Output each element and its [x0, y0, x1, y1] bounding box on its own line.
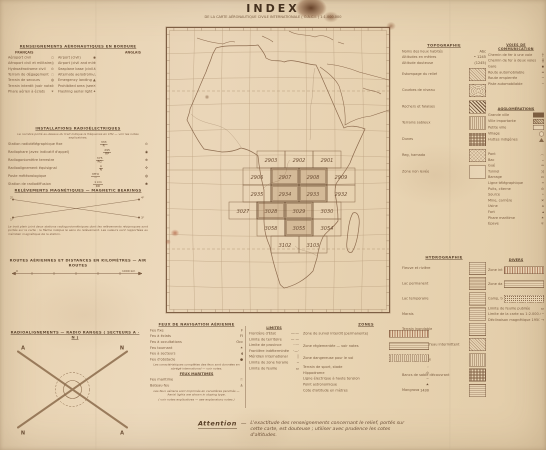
sheet-number: 3055 — [293, 226, 306, 232]
legend-radio-ranges: RADIOALIGNEMENTS — RADIO RANGES ( SECTEU… — [10, 330, 140, 444]
africa-index-map: 2903290229012906290729082909293529342933… — [166, 27, 390, 313]
legend-row: Ligne électrique à haute tension~ — [303, 377, 429, 382]
pattern-swatch — [469, 262, 486, 275]
legend-rows: Terrain de sport, stade◦Hippodrome⊙Ligne… — [303, 365, 429, 393]
legend-row: Pont︵ — [488, 152, 544, 157]
legend-title: DIVERS — [488, 258, 544, 263]
legend-rows: Limite de feuille publiée▭Limite de la c… — [488, 306, 544, 322]
svg-text:N: N — [120, 345, 124, 351]
legend-row: Gare▪ — [488, 65, 544, 70]
pattern-swatch — [469, 100, 486, 113]
legend-row: Feu d'obstacle● — [150, 357, 243, 362]
pattern-swatch — [469, 323, 486, 336]
scanned-icao-index-sheet: INDEX DE LA CARTE AÉRONAUTIQUE CIVILE IN… — [0, 0, 546, 450]
legend-row: Reg, hamada — [402, 148, 486, 163]
legend-title: ZONES — [303, 322, 429, 327]
legend-row: Méridien international│ — [249, 355, 299, 360]
legend-row: Frontière d'État—·— — [249, 332, 299, 337]
legend-row: Limite de feuille publiée▭ — [488, 306, 544, 311]
legend-row: Camp, terrain militaire — [488, 292, 544, 305]
legend-row: Mine, carrière✕ — [488, 198, 544, 203]
legend-row: Ville importante — [488, 119, 544, 124]
svg-text:2°: 2° — [10, 195, 14, 199]
svg-text:4°: 4° — [141, 195, 145, 199]
legend-row: Poste météorologiqueMTO—◍ — [8, 173, 148, 180]
legend-row: Dunes — [402, 132, 486, 147]
legend-rows: Station radiotélégraphique fixe333R⊙Radi… — [8, 141, 148, 188]
legend-row: Radiophare (avec indicatif d'appel)295RP… — [8, 149, 148, 156]
legend-row: Route empierrée─ — [488, 76, 544, 81]
legend-title: INSTALLATIONS RADIOÉLECTRIQUES — [8, 126, 148, 131]
pattern-swatch — [469, 165, 486, 178]
svg-text:3°: 3° — [141, 215, 145, 219]
legend-row: Chemin de fer à deux voies╫ — [488, 59, 544, 64]
attention-dash: — — [241, 420, 247, 427]
legend-row: Bac⌣ — [488, 158, 544, 163]
legend-row: Lac permanent — [402, 277, 486, 291]
sheet-number: 2901 — [321, 158, 334, 164]
legend-rows: Aéroport civil○Airport (civil)◉Aéroport … — [8, 56, 148, 94]
legend-row: Chemin de fer à une voie┼ — [488, 53, 544, 58]
sheet-number: 3028 — [265, 209, 278, 215]
legend-row: Petite ville — [488, 125, 544, 130]
svg-text:1000 km: 1000 km — [122, 269, 135, 273]
pattern-swatch — [469, 338, 486, 351]
legend-row: Gué≈ — [488, 164, 544, 169]
legend-row: Radiogoniomètre terrestre375RG⊕ — [8, 157, 148, 164]
legend-row: Altitudes en mètres• 1245 — [402, 55, 486, 60]
page-title: INDEX — [0, 2, 546, 15]
page-subtitle: DE LA CARTE AÉRONAUTIQUE CIVILE INTERNAT… — [123, 15, 423, 23]
legend-note: Les caractéristiques complètes des feux … — [150, 363, 243, 371]
svg-text:A: A — [21, 345, 25, 351]
legend-row: Barrage▭ — [488, 175, 544, 180]
legend-row: Feu à occultationsOcc — [150, 340, 243, 345]
sheet-number: 2906 — [251, 175, 264, 181]
pattern-swatch — [469, 133, 486, 146]
sheet-number: 2907 — [279, 175, 293, 181]
legend-row: Radioalignement équisignalAN✣ — [8, 165, 148, 172]
legend-row: Limite de la carte au 1:2.000.000┄ — [488, 312, 544, 317]
sheet-number: 3058 — [265, 226, 278, 232]
legend-row: Grande ville — [488, 113, 544, 118]
sheet-number: 2935 — [251, 192, 264, 198]
air-route-diagram: 01000 km — [8, 269, 148, 279]
legend-row: Feu maritime☆ — [150, 378, 243, 383]
legend-row: Terrain de sport, stade◦ — [303, 365, 429, 370]
legend-row: Marais — [402, 307, 486, 321]
legend-row: Estompage du relief — [402, 67, 486, 82]
legend-row: Limite de territoire— — — [249, 337, 299, 342]
legend-row: Terrain interdit (voir notes)⊘Prohibited… — [8, 84, 148, 89]
svg-text:1°: 1° — [10, 217, 14, 221]
legend-rows: Chemin de fer à une voie┼Chemin de fer à… — [488, 53, 544, 87]
sheet-number: 2903 — [265, 158, 278, 164]
pattern-swatch — [504, 281, 544, 289]
legend-row: Huttes indigènes — [488, 138, 544, 143]
pattern-swatch — [504, 266, 544, 274]
legend-rows: Grande villeVille importantePetite ville… — [488, 113, 544, 143]
legend-row: Noms des lieux habitésAbc — [402, 49, 486, 54]
legend-rows: Noms des lieux habitésAbcAltitudes en mè… — [402, 49, 486, 65]
legend-air-routes: ROUTES AÉRIENNES ET DISTANCES EN KILOMÈT… — [8, 258, 148, 282]
legend-rows: Pont︵Bac⌣Gué≈Tunnel)(Barrage▭Ligne télég… — [488, 152, 544, 226]
legend-row: Terrain de secours◍Emergency landing gro… — [8, 78, 148, 83]
legend-row: Limite de province····· — [249, 343, 299, 348]
legend-row: Lac temporaire — [402, 292, 486, 306]
legend-row: Cote d'altitude en mètres· 1430 — [303, 388, 429, 393]
sheet-number: 3103 — [307, 243, 320, 249]
legend-row: Route automobilable═ — [488, 70, 544, 75]
svg-text:N: N — [21, 430, 25, 436]
legend-row: Ligne télégraphique┅ — [488, 181, 544, 186]
pattern-swatch — [469, 84, 486, 97]
legend-row: Village — [488, 131, 544, 136]
pattern-swatch — [469, 277, 486, 290]
legend-row: Zone de survol interdit (permanente) — [303, 328, 429, 339]
legend-row: Aéroport civil○Airport (civil)◉ — [8, 56, 148, 61]
pattern-swatch — [469, 117, 486, 130]
legend-air-lights: FEUX DE NAVIGATION AÉRIENNE Feu fixeFFeu… — [150, 322, 243, 422]
legend-note: Le nombre porté au-dessus du trait indiq… — [8, 132, 148, 140]
sheet-number: 3102 — [279, 243, 292, 249]
pattern-swatch — [533, 113, 544, 118]
legend-limits: LIMITES Frontière d'État—·—Limite de ter… — [249, 326, 299, 406]
pattern-swatch — [469, 149, 486, 162]
pattern-swatch — [389, 330, 429, 338]
sheet-number: 2933 — [307, 192, 320, 198]
legend-row: Station radiotélégraphique fixe333R⊙ — [8, 141, 148, 148]
legend-title: AGGLOMÉRATIONS — [488, 107, 544, 112]
legend-row: Station de radiodiffusion1 kmRD✱ — [8, 181, 148, 188]
legend-row: Hydroaérodrome civil⊙Seaplane base (civi… — [8, 67, 148, 72]
legend-column-headers: FRANÇAISANGLAIS — [8, 50, 148, 54]
legend-row: Hippodrome⊙ — [303, 371, 429, 376]
legend-title: RELÈVEMENTS MAGNÉTIQUES — MAGNETIC BEARI… — [8, 188, 148, 193]
legend-title: FEUX DE NAVIGATION AÉRIENNE — [150, 322, 243, 327]
pattern-swatch — [469, 308, 486, 321]
legend-zones: ZONES Zone de survol interdit (permanent… — [303, 322, 429, 418]
legend-title: VOIES DE COMMUNICATION — [488, 43, 544, 51]
legend-paragraph: Le trait plein joint deux stations radio… — [8, 225, 148, 236]
legend-subtitle: FEUX MARITIMES — [150, 372, 243, 377]
legend-communications: VOIES DE COMMUNICATION Chemin de fer à u… — [488, 43, 544, 103]
legend-magnetic-bearings: RELÈVEMENTS MAGNÉTIQUES — MAGNETIC BEARI… — [8, 188, 148, 248]
legend-swatch-rows: Estompage du reliefCourbes de niveauRoch… — [402, 67, 486, 180]
legend-row: Altitude douteuse(1245) — [402, 61, 486, 66]
legend-row: Rochers et falaises — [402, 99, 486, 114]
legend-row: Bateau-feu⚓ — [150, 384, 243, 389]
legend-footnote: ( voir notes explicatives — see explanat… — [150, 398, 243, 402]
pattern-swatch — [533, 125, 544, 130]
pattern-swatch — [469, 369, 486, 382]
sheet-number: 3054 — [321, 226, 334, 232]
attention-note: Attention — L'exactitude des renseigneme… — [198, 420, 430, 448]
sheet-number: 3030 — [321, 209, 334, 215]
attention-label: Attention — [198, 420, 237, 429]
legend-row: Terrains sableux — [402, 116, 486, 131]
pattern-swatch — [389, 355, 429, 363]
legend-rows: Frontière d'État—·—Limite de territoire—… — [249, 332, 299, 371]
legend-footnote: Les feux aériens sont imprimés en caract… — [150, 389, 243, 397]
sheet-number: 2932 — [335, 192, 348, 198]
radio-range-diagram: ANNA — [10, 341, 140, 438]
sheet-number: 2909 — [335, 175, 348, 181]
legend-row: Courbes de niveau — [402, 83, 486, 98]
sheet-number: 2934 — [279, 192, 292, 198]
legend-row: Point astronomique★ — [303, 383, 429, 388]
legend-topography: TOPOGRAPHIE Noms des lieux habitésAbcAlt… — [402, 43, 486, 253]
legend-swatch-rows: Zone interditeZone dangereuseCamp, terra… — [488, 264, 544, 306]
legend-row: Fort▴ — [488, 210, 544, 215]
pattern-swatch — [469, 384, 486, 397]
pattern-swatch — [469, 353, 486, 366]
legend-row: Zone dangereuse — [488, 278, 544, 291]
map-svg: 2903290229012906290729082909293529342933… — [167, 28, 389, 312]
legend-rows: Feu maritime☆Bateau-feu⚓ — [150, 378, 243, 388]
pattern-swatch — [389, 342, 429, 350]
legend-row: Tunnel)( — [488, 169, 544, 174]
legend-row: Phare maritime✶ — [488, 216, 544, 221]
legend-title: RENSEIGNEMENTS AÉRONAUTIQUES EN BORDURE — [8, 44, 148, 49]
pattern-swatch — [539, 138, 544, 142]
legend-row: Feu fixeF — [150, 328, 243, 333]
sheet-number: 2902 — [293, 158, 306, 164]
legend-row: Zone non levée — [402, 164, 486, 179]
legend-row: Puits, citerne⊙ — [488, 187, 544, 192]
pattern-swatch — [469, 68, 486, 81]
legend-row: Feu tournant✶ — [150, 346, 243, 351]
svg-text:0: 0 — [16, 269, 18, 273]
legend-towns: AGGLOMÉRATIONS Grande villeVille importa… — [488, 104, 544, 150]
legend-row: Fleuve et rivière — [402, 261, 486, 275]
legend-row: Épave＊ — [488, 222, 544, 227]
legend-title: HYDROGRAPHIE — [402, 255, 486, 260]
legend-row: Zone interdite — [488, 264, 544, 277]
pattern-swatch — [504, 295, 544, 303]
legend-row: Zone réglementée — voir notes — [303, 341, 429, 352]
legend-miscellaneous-right: DIVERS Zone interditeZone dangereuseCamp… — [488, 255, 544, 405]
legend-row: Phare aérien à éclats✶Flashing aerial li… — [8, 89, 148, 94]
legend-symbols: Pont︵Bac⌣Gué≈Tunnel)(Barrage▭Ligne télég… — [488, 152, 544, 238]
legend-row: Terrain de dégagement◌Alternate aerodrom… — [8, 73, 148, 78]
svg-text:A: A — [120, 430, 124, 436]
legend-radio-installations: INSTALLATIONS RADIOÉLECTRIQUES Le nombre… — [8, 126, 148, 188]
magnetic-bearings-diagram: 2°3°1°4° — [8, 194, 148, 224]
pattern-swatch — [539, 131, 544, 136]
legend-swatch-rows: Zone de survol interdit (permanente)Zone… — [303, 328, 429, 364]
legend-row: Feu à éclatsFI — [150, 334, 243, 339]
legend-row: Zone dangereuse pour le vol — [303, 353, 429, 364]
legend-row: Feu à secteurs◖ — [150, 352, 243, 357]
legend-rows: Feu fixeFFeu à éclatsFIFeu à occultation… — [150, 328, 243, 362]
legend-row: Frontière indéterminée·—· — [249, 349, 299, 354]
legend-title: LIMITES — [249, 326, 299, 331]
sheet-number: 2908 — [307, 175, 320, 181]
legend-row: Limite de zone horaire┄ — [249, 361, 299, 366]
legend-row: Piste automobilable┄ — [488, 82, 544, 87]
legend-row: Limite de feuille▭ — [249, 366, 299, 371]
sheet-number: 3027 — [237, 209, 251, 215]
legend-title: TOPOGRAPHIE — [402, 43, 486, 48]
column-divider — [245, 326, 246, 408]
sheet-number: 3029 — [293, 209, 306, 215]
legend-title: RADIOALIGNEMENTS — RADIO RANGES ( SECTEU… — [10, 330, 140, 340]
legend-title: ROUTES AÉRIENNES ET DISTANCES EN KILOMÈT… — [8, 258, 148, 268]
legend-row: Déclinaison magnétique 1950→ — [488, 318, 544, 323]
legend-row: Aéroport civil et militaire◎Airport (civ… — [8, 61, 148, 66]
legend-row: Source∘ — [488, 193, 544, 198]
pattern-swatch — [533, 119, 544, 124]
attention-text: L'exactitude des renseignements concerna… — [250, 420, 415, 438]
legend-aeronautical-info: RENSEIGNEMENTS AÉRONAUTIQUES EN BORDURE … — [8, 44, 148, 124]
legend-row: Usine⌂ — [488, 204, 544, 209]
pattern-swatch — [469, 292, 486, 305]
